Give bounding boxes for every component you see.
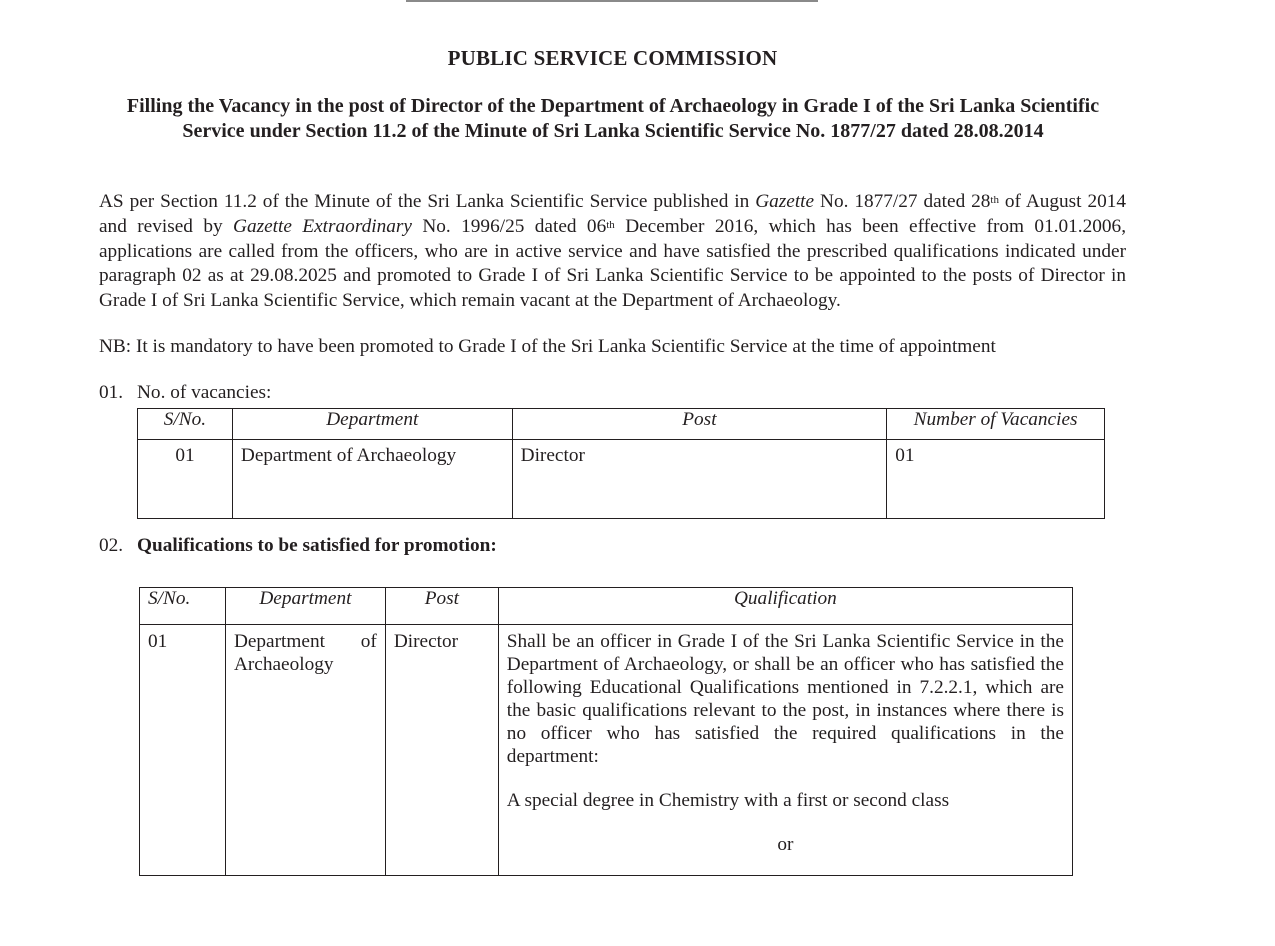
section-number: 01.: [99, 382, 137, 404]
cell-vacancies: 01: [887, 440, 1105, 519]
vacancies-table: S/No. Department Post Number of Vacancie…: [137, 408, 1105, 519]
cell-qualification: Shall be an officer in Grade I of the Sr…: [498, 625, 1072, 876]
intro-paragraph: AS per Section 11.2 of the Minute of the…: [99, 190, 1126, 314]
cell-sno: 01: [140, 625, 226, 876]
column-header: Number of Vacancies: [887, 409, 1105, 440]
intro-text: No. 1877/27 dated 28: [814, 191, 990, 212]
section-label: Qualifications to be satisfied for promo…: [137, 535, 497, 556]
table-row: 01 Department of Archaeology Director 01: [138, 440, 1105, 519]
qualification-text: Shall be an officer in Grade I of the Sr…: [507, 630, 1064, 768]
section-label: No. of vacancies:: [137, 382, 271, 403]
column-header: Post: [385, 588, 498, 625]
cell-department: Department of Archaeology: [225, 625, 385, 876]
cell-post: Director: [385, 625, 498, 876]
gazette-extraordinary-italic: Gazette Extraordinary: [233, 216, 412, 237]
intro-text: No. 1996/25 dated 06: [412, 216, 606, 237]
organization-heading: PUBLIC SERVICE COMMISSION: [0, 46, 1225, 71]
cell-post: Director: [512, 440, 887, 519]
department-line: Department of: [234, 630, 377, 653]
cell-sno: 01: [138, 440, 233, 519]
column-header: Post: [512, 409, 887, 440]
column-header: Department: [225, 588, 385, 625]
cell-department: Department of Archaeology: [232, 440, 512, 519]
column-header: S/No.: [140, 588, 226, 625]
notice-title: Filling the Vacancy in the post of Direc…: [98, 94, 1128, 144]
table-row: 01 Department of Archaeology Director Sh…: [140, 625, 1073, 876]
department-line: Archaeology: [234, 653, 377, 676]
intro-text: AS per Section 11.2 of the Minute of the…: [99, 191, 755, 212]
qualification-degree: A special degree in Chemistry with a fir…: [507, 789, 1064, 812]
qualification-or: or: [507, 833, 1064, 856]
column-header: Department: [232, 409, 512, 440]
column-header: S/No.: [138, 409, 233, 440]
table-header-row: S/No. Department Post Number of Vacancie…: [138, 409, 1105, 440]
ordinal-suffix: th: [990, 194, 999, 206]
qualifications-table: S/No. Department Post Qualification 01 D…: [139, 587, 1073, 876]
nb-note: NB: It is mandatory to have been promote…: [99, 336, 996, 358]
column-header: Qualification: [498, 588, 1072, 625]
section-number: 02.: [99, 535, 137, 557]
top-rule: [406, 0, 818, 2]
gazette-italic: Gazette: [755, 191, 814, 212]
table-header-row: S/No. Department Post Qualification: [140, 588, 1073, 625]
section-vacancies-heading: 01.No. of vacancies:: [99, 382, 271, 404]
ordinal-suffix: th: [606, 219, 615, 231]
section-qualifications-heading: 02.Qualifications to be satisfied for pr…: [99, 535, 497, 557]
